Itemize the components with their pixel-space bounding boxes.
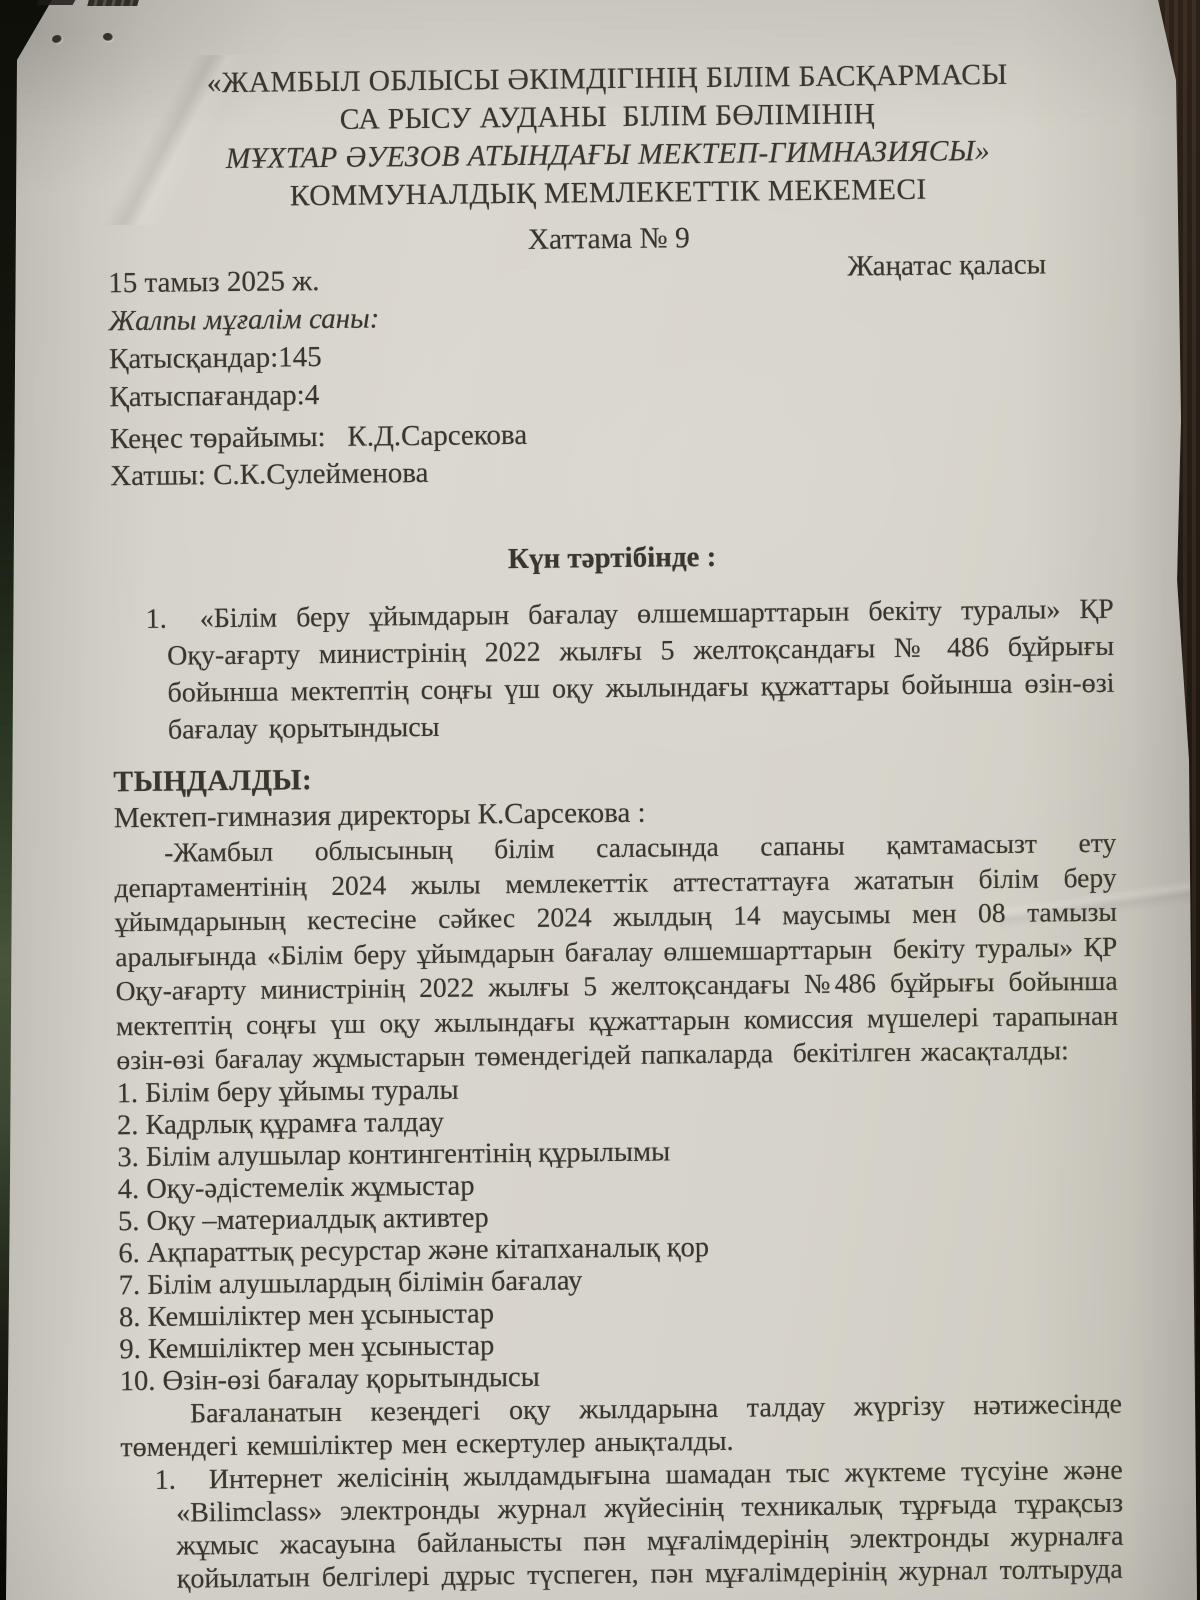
photographed-document: { "document": { "org_header": { "lines":… [0,0,1200,1600]
attendance-block: Жалпы мұғалім саны: Қатысқандар:145 Қаты… [108,292,1111,416]
finding-item: 1. Интернет желісінің жылдамдығына шамад… [121,1453,1124,1595]
agenda-item-number: 1. [146,601,167,638]
officials-block: Кеңес төрайымы: К.Д.Сарсекова Хатшы: С.К… [110,411,1113,495]
agenda-item-text: «Білім беру ұйымдарын бағалау өлшемшартт… [167,591,1115,749]
organization-header: «ЖАМБЫЛ ОБЛЫСЫ ӘКІМДІГІНІҢ БІЛІМ БАСҚАРМ… [105,0,1109,217]
findings-intro: Бағаланатын кезеңдегі оқу жылдарына талд… [120,1387,1123,1463]
meeting-city: Жаңатас қаласы [847,245,1110,286]
agenda-item: 1. «Білім беру ұйымдарын бағалау өлшемша… [112,591,1115,749]
folder-list: 1. Білім беру ұйымы туралы 2. Кадрлық құ… [117,1067,1122,1397]
agenda-heading: Күн тәртібінде : [111,535,1113,582]
document-text-column: «ЖАМБЫЛ ОБЛЫСЫ ӘКІМДІГІНІҢ БІЛІМ БАСҚАРМ… [105,0,1124,1600]
finding-item-number: 1. [155,1463,176,1496]
meeting-date: 15 тамыз 2025 ж. [108,262,320,302]
finding-item-text: Интернет желісінің жылдамдығына шамадан … [176,1453,1124,1595]
speech-paragraph: -Жамбыл облысының білім саласында сапаны… [114,826,1118,1078]
top-edge-fragment-left [37,0,76,5]
